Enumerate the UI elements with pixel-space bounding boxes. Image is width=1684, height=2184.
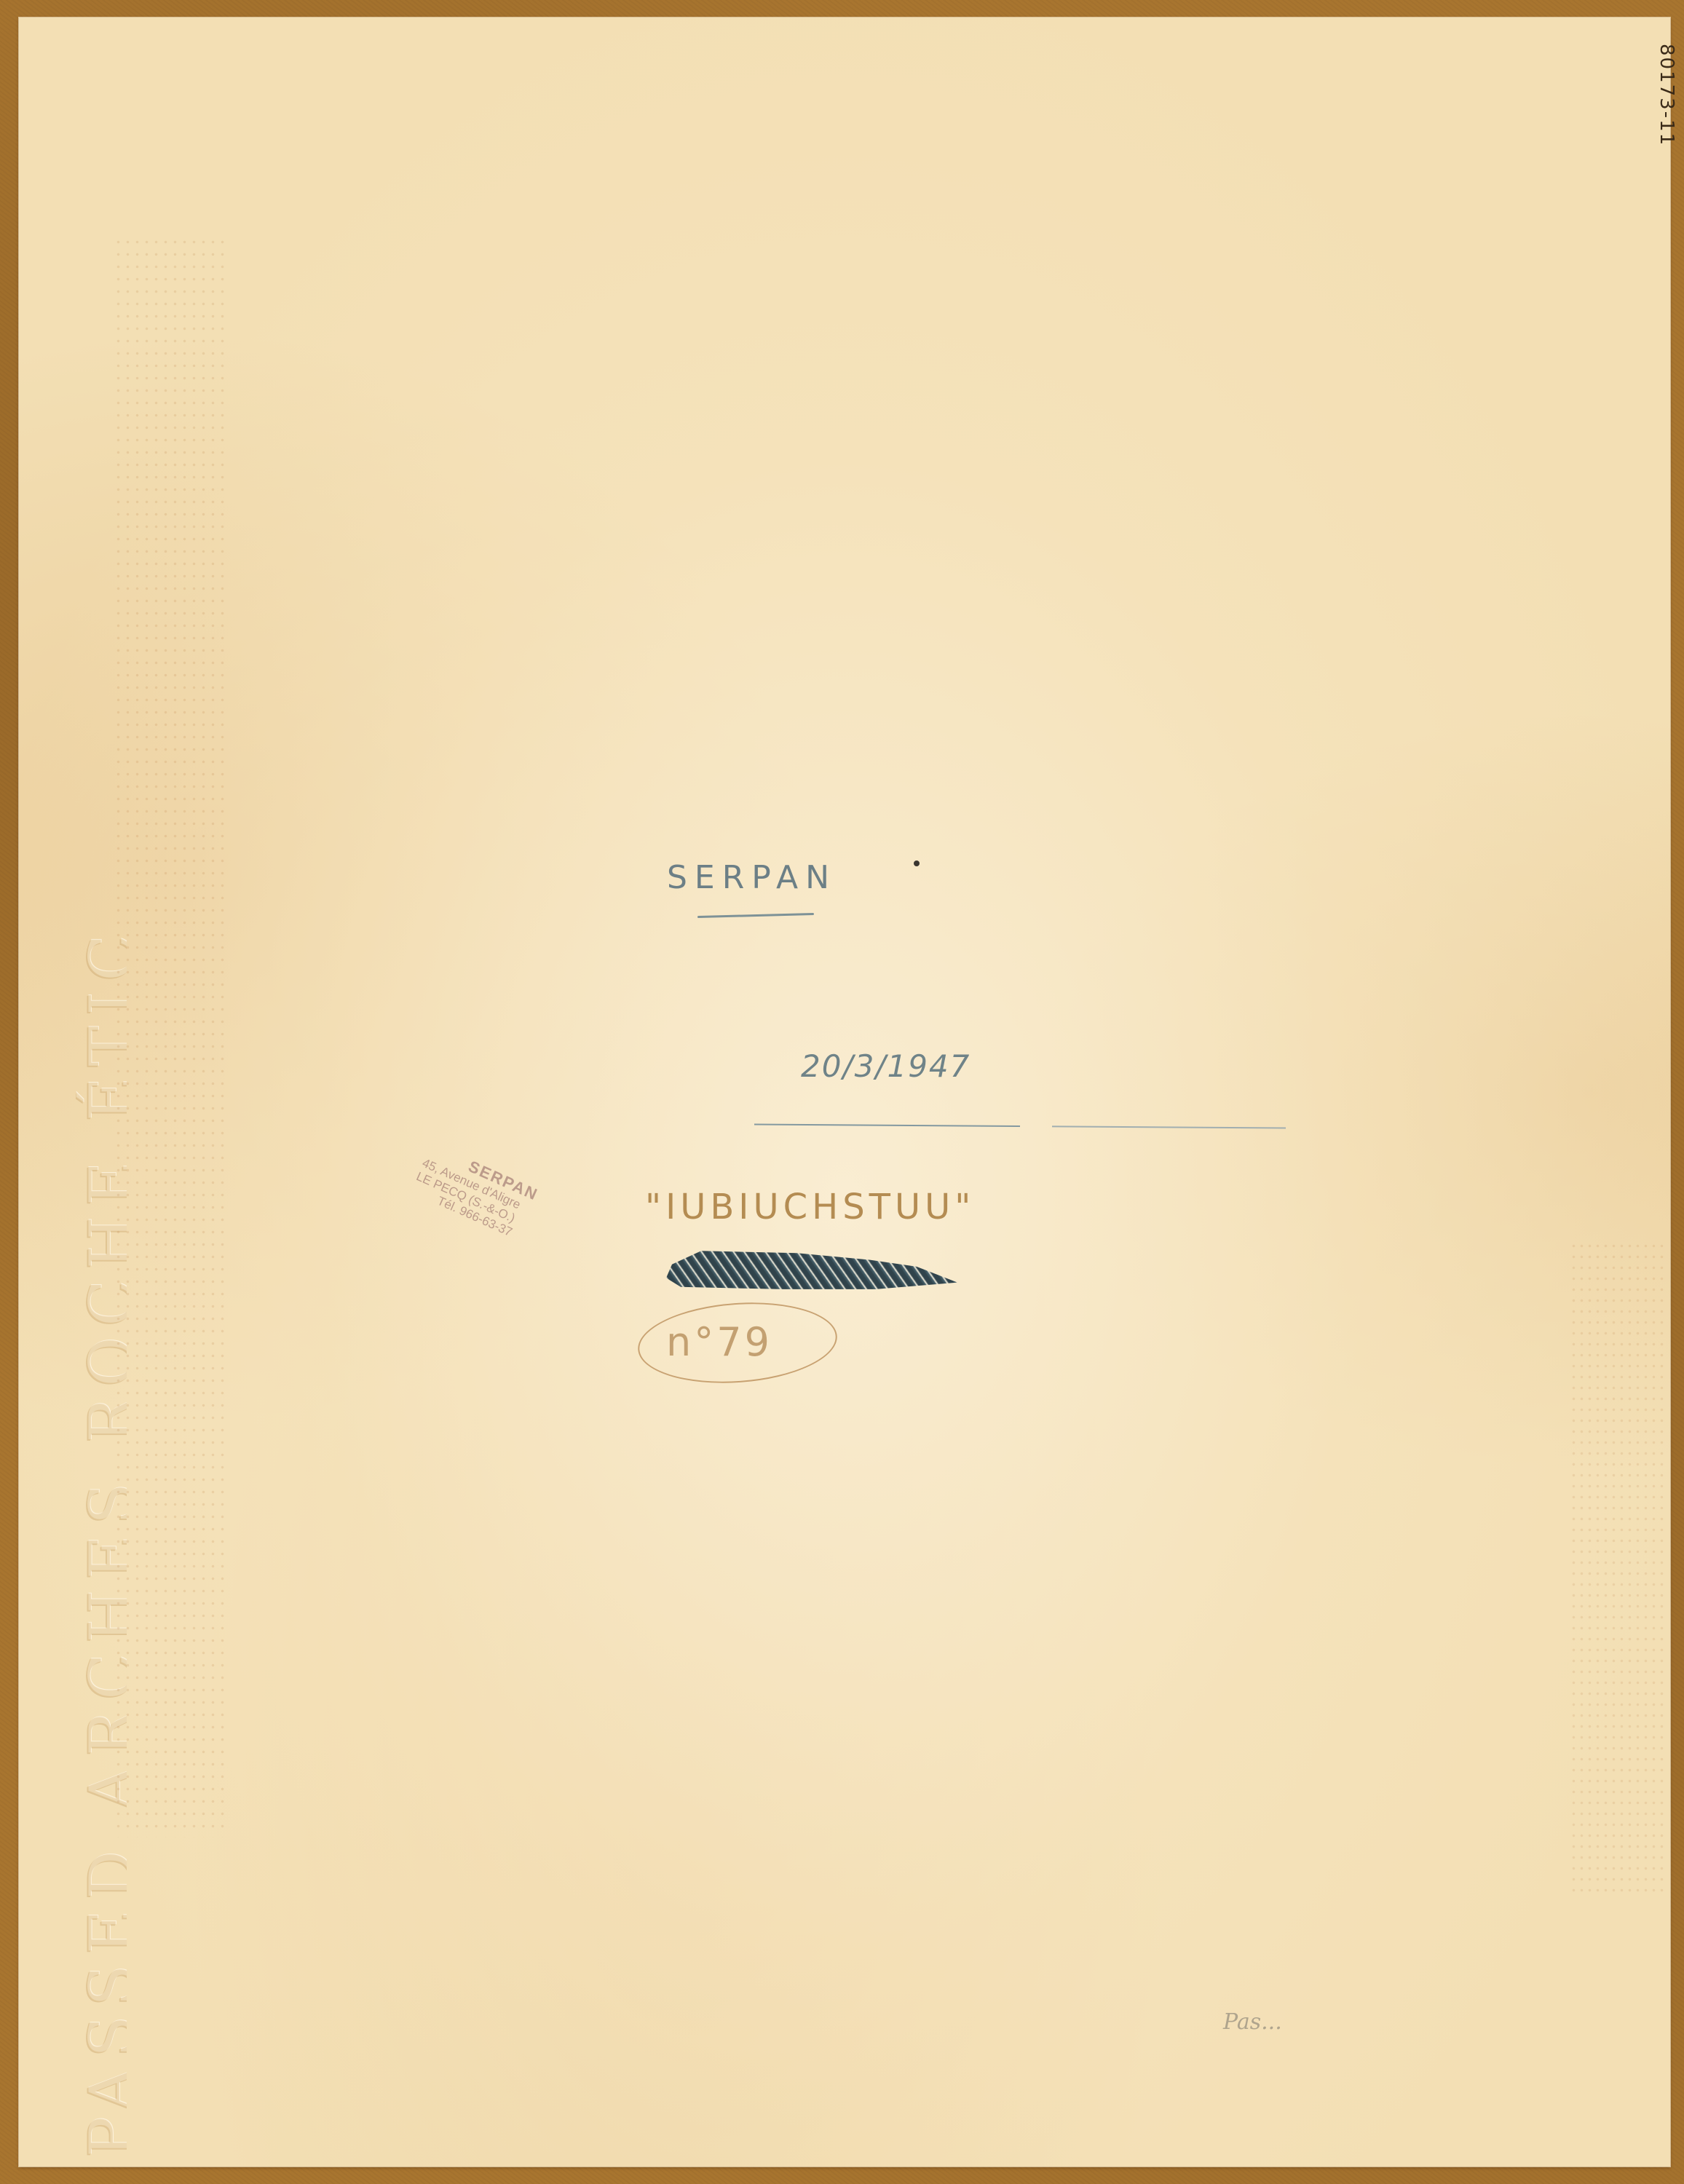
date-inscription: 20/3/1947 [801, 1048, 971, 1084]
paper-sheet: PASSED ARCHES ROCHE ÉTIC [19, 17, 1670, 2167]
paper-speck [914, 860, 920, 866]
title-inscription: "IUBIUCHSTUU" [645, 1187, 975, 1227]
artist-name-inscription: SERPAN [667, 859, 837, 896]
foxing-stains-right [1570, 1241, 1664, 1896]
foxing-stains-left [114, 236, 230, 1837]
faint-pencil-note: Pas... [1223, 2009, 1282, 2035]
work-number-inscription: n°79 [666, 1319, 772, 1365]
inventory-number: 80173-11 [1656, 44, 1677, 146]
